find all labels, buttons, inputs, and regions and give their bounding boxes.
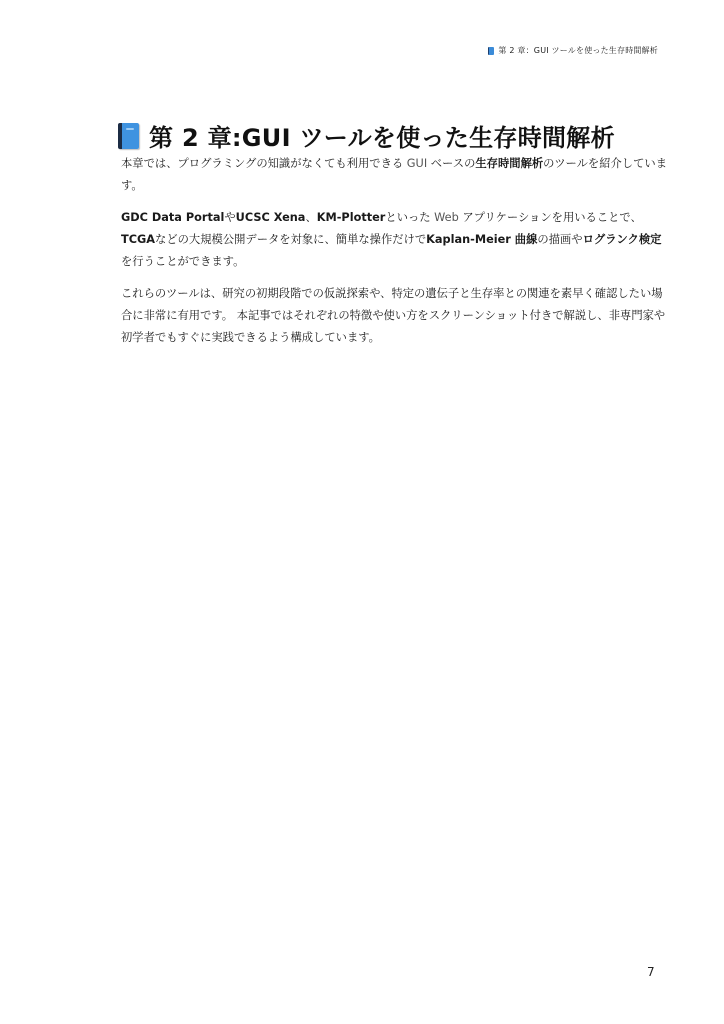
paragraph-intro: 本章では、プログラミングの知識がなくても利用できる GUI ベースの生存時間解析… — [121, 153, 667, 197]
emphasis-text: TCGA — [121, 233, 155, 246]
body-text: の描画や — [537, 233, 582, 246]
body-text: といった — [385, 211, 434, 224]
body-text: 本章では、プログラミングの知識がなくても利用できる — [121, 157, 407, 170]
emphasis-text: ログランク検定 — [583, 233, 662, 246]
emphasis-text: KM-Plotter — [317, 211, 386, 224]
body-text: 、 — [305, 211, 316, 224]
chapter-title-text: 第 2 章:GUI ツールを使った生存時間解析 — [149, 118, 615, 153]
emphasis-text: 生存時間解析 — [475, 157, 543, 170]
paragraph-tools: GDC Data PortalやUCSC Xena、KM-Plotterといった… — [121, 207, 667, 273]
paragraph-usage: これらのツールは、研究の初期段階での仮説探索や、特定の遺伝子と生存率との関連を素… — [121, 283, 667, 349]
page-number: 7 — [647, 965, 655, 979]
book-icon — [488, 47, 494, 55]
chapter-body: 本章では、プログラミングの知識がなくても利用できる GUI ベースの生存時間解析… — [121, 153, 667, 359]
book-icon — [118, 123, 139, 149]
emphasis-text: GDC Data Portal — [121, 211, 224, 224]
emphasis-text: Kaplan-Meier 曲線 — [426, 233, 537, 246]
body-text: や — [224, 211, 235, 224]
body-text: これらのツールは、研究の初期段階での仮説探索や、特定の遺伝子と生存率との関連を素… — [121, 287, 665, 344]
running-header-title: 第 2 章：GUI ツールを使った生存時間解析 — [498, 45, 658, 56]
running-header: 第 2 章：GUI ツールを使った生存時間解析 — [488, 45, 658, 56]
body-text: などの大規模公開データを対象に、簡単な操作だけで — [155, 233, 426, 246]
body-text: GUI — [407, 157, 427, 170]
body-text: ベースの — [427, 157, 475, 170]
chapter-title: 第 2 章:GUI ツールを使った生存時間解析 — [118, 118, 678, 153]
emphasis-text: UCSC Xena — [236, 211, 306, 224]
body-text: アプリケーションを用いることで、 — [459, 211, 642, 224]
body-text: Web — [434, 211, 459, 224]
body-text: を行うことができます。 — [121, 255, 244, 268]
